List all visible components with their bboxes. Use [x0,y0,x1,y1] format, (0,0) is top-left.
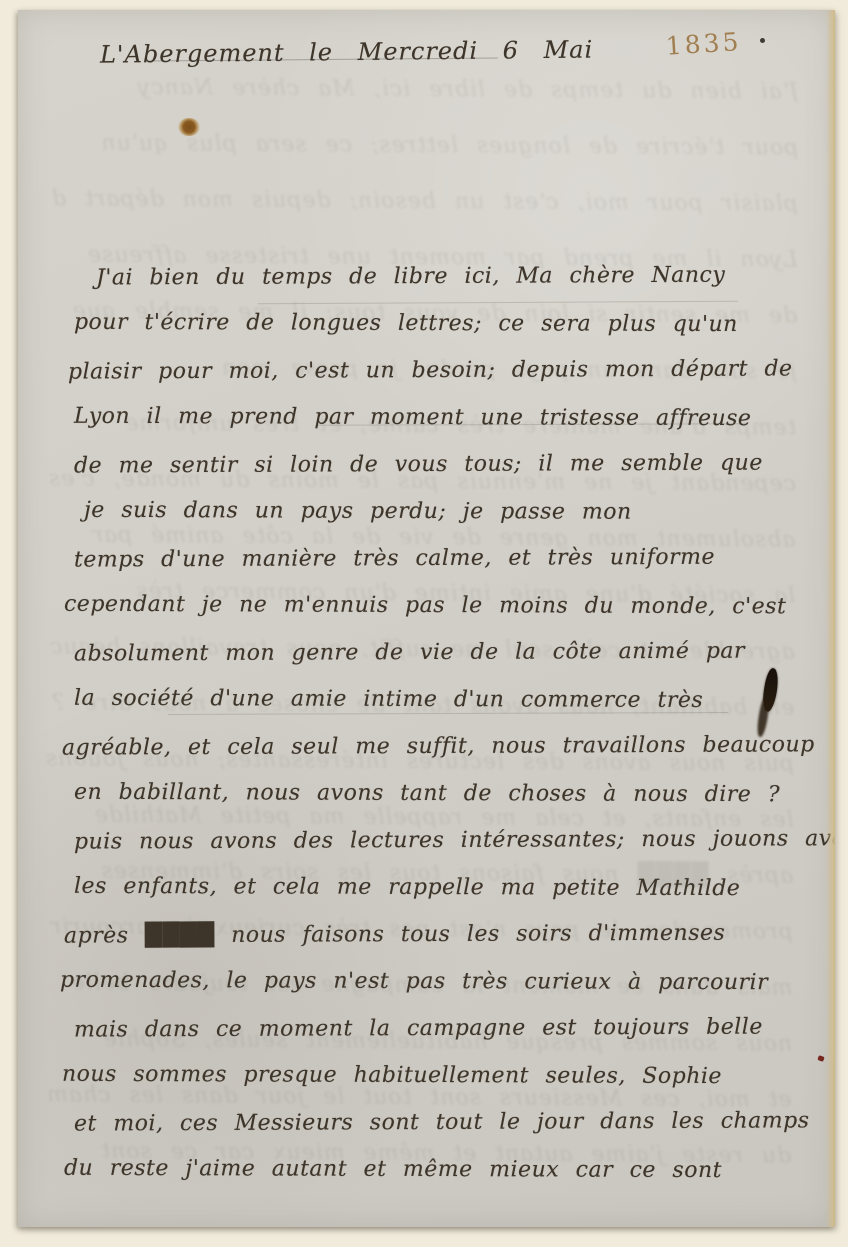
letter-line-18: nous sommes presque habituellement seule… [18,1051,835,1101]
letter-line-4: Lyon il me prend par moment une tristess… [18,393,835,443]
letter-line-17: mais dans ce moment la campagne est touj… [18,1003,835,1054]
letter-line-2: pour t'écrire de longues lettres; ce ser… [18,299,835,349]
fox-stain [178,118,200,136]
letter-line-1: J'ai bien du temps de libre ici, Ma chèr… [18,251,835,302]
letter-line-20: du reste j'aime autant et même mieux car… [18,1145,835,1195]
dateline-text: L'Abergement le Mercredi 6 Mai [100,36,593,69]
letter-line-15: après ████ nous faisons tous les soirs d… [18,909,835,960]
letter-line-10: la société d'une amie intime d'un commer… [18,675,835,725]
showthrough-line-2: pour t'écrire de longues lettres; ce ser… [51,115,798,176]
dateline-year: 1835 [665,27,742,61]
letter-line-11: agréable, et cela seul me suffit, nous t… [18,721,835,772]
letter-line-14: les enfants, et cela me rappelle ma peti… [18,863,835,913]
letter-line-13: puis nous avons des lectures intéressant… [18,815,835,866]
letter-line-19: et moi, ces Messieurs sont tout le jour … [18,1097,835,1148]
letter-body: J'ai bien du temps de libre ici, Ma chèr… [18,253,835,1193]
letter-line-3: plaisir pour moi, c'est un besoin; depui… [18,345,835,396]
letter-line-8: cependant je ne m'ennuis pas le moins du… [18,581,835,631]
letter-line-9: absolument mon genre de vie de la côte a… [18,627,835,678]
showthrough-line-1: J'ai bien du temps de libre ici, Ma chèr… [52,59,799,120]
letter-line-7: temps d'une manière très calme, et très … [18,533,835,584]
letter-line-16: promenades, le pays n'est pas très curie… [18,957,835,1007]
letter-line-12: en babillant, nous avons tant de choses … [18,769,835,819]
letter-line-5: de me sentir si loin de vous tous; il me… [18,439,835,490]
letter-line-6: je suis dans un pays perdu; je passe mon [18,487,835,537]
letter-page: J'ai bien du temps de libre ici, Ma chèr… [18,10,835,1227]
showthrough-line-3: plaisir pour moi, c'est un besoin; depui… [51,171,798,232]
